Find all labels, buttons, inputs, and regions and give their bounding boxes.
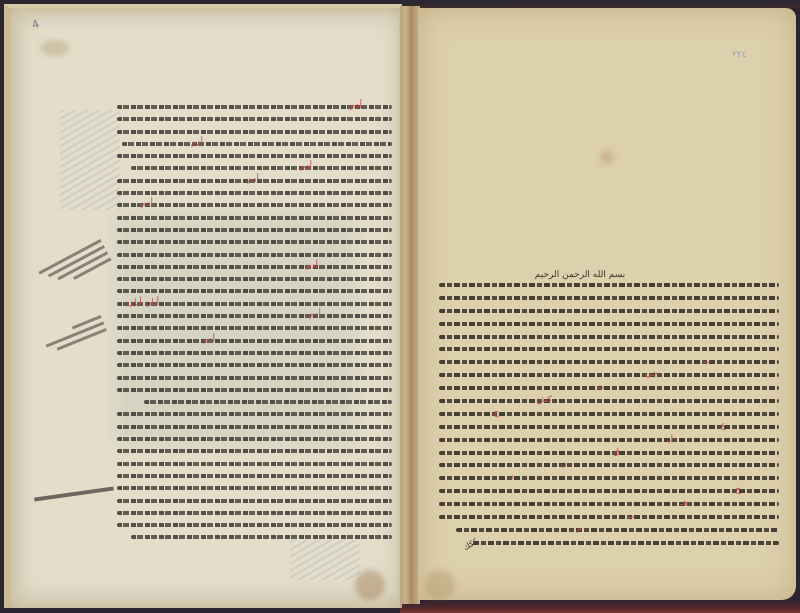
ink-line [439, 515, 779, 519]
ink-line [117, 486, 392, 490]
faded-pencil-note [290, 540, 360, 580]
ink-line [117, 228, 392, 232]
manuscript-line: ت [437, 379, 779, 392]
manuscript-line: ب [437, 353, 779, 366]
manuscript-line: ن [437, 456, 779, 469]
ink-line [117, 474, 392, 478]
manuscript-line [112, 356, 392, 368]
ink-line [117, 117, 392, 121]
manuscript-line [112, 369, 392, 381]
manuscript-line [112, 393, 392, 405]
ink-line [117, 289, 392, 293]
red-rubric: خ [735, 485, 741, 495]
red-rubric: ج [493, 408, 499, 418]
ink-line [122, 142, 392, 146]
manuscript-line [437, 340, 779, 353]
manuscript-line [112, 123, 392, 135]
manuscript-line [112, 147, 392, 159]
manuscript-line [112, 516, 392, 528]
faded-pencil-note [60, 110, 120, 210]
manuscript-line [112, 418, 392, 430]
ink-line [117, 326, 392, 330]
manuscript-line: أدم [112, 258, 392, 270]
red-rubric: ع [721, 421, 726, 431]
ink-line [117, 339, 392, 343]
manuscript-line: ع [437, 418, 779, 431]
red-rubric: ب [703, 356, 711, 366]
book-gutter [400, 6, 420, 604]
ink-line [439, 335, 779, 339]
ink-line [456, 528, 779, 532]
manuscript-line [112, 442, 392, 454]
ink-line [439, 309, 779, 313]
ink-line [439, 347, 779, 351]
ink-line [439, 399, 779, 403]
ink-line [117, 265, 392, 269]
ink-line [117, 191, 392, 195]
red-rubric: م [576, 524, 582, 534]
paper-stain [40, 40, 70, 56]
ink-line [117, 363, 392, 367]
manuscript-line [437, 276, 779, 289]
manuscript-line [112, 209, 392, 221]
binding-top-edge [400, 0, 800, 8]
ink-line [117, 130, 392, 134]
manuscript-line [112, 455, 392, 467]
ink-line [439, 283, 779, 287]
manuscript-line [112, 405, 392, 417]
ink-line [439, 489, 779, 493]
ink-line [117, 253, 392, 257]
ink-line [439, 360, 779, 364]
manuscript-line: أبان أبان [112, 295, 392, 307]
manuscript-line [437, 289, 779, 302]
manuscript-line: م [437, 521, 779, 534]
manuscript-line [112, 467, 392, 479]
ink-line [117, 314, 392, 318]
red-rubric: ت [597, 382, 605, 392]
manuscript-line [112, 319, 392, 331]
manuscript-line [437, 302, 779, 315]
manuscript-spread: 4 ٢٢٤ بسم الله الرحمن الرحيم أدمأدمأدمأد… [0, 0, 800, 613]
ink-line [473, 541, 779, 545]
ink-line [439, 502, 779, 506]
manuscript-line [112, 381, 392, 393]
pencil-catalog-mark: ٢٢٤ [732, 50, 747, 60]
ink-line [439, 476, 779, 480]
ink-line [439, 463, 779, 467]
ink-line [117, 154, 392, 158]
red-rubric: هـ [681, 498, 688, 508]
ink-line [439, 322, 779, 326]
ink-line [117, 437, 392, 441]
ink-line [117, 523, 392, 527]
manuscript-line: أدم [112, 332, 392, 344]
manuscript-line: ج [437, 405, 779, 418]
ink-line [439, 451, 779, 455]
manuscript-line [112, 528, 392, 540]
paper-stain [600, 150, 614, 164]
ink-line [117, 240, 392, 244]
manuscript-line: هـ [437, 495, 779, 508]
manuscript-line [437, 315, 779, 328]
manuscript-line: أدم [112, 196, 392, 208]
manuscript-line: د [437, 469, 779, 482]
manuscript-line: خ [437, 482, 779, 495]
manuscript-line: ب [437, 508, 779, 521]
red-rubric: د [510, 472, 514, 482]
manuscript-line [112, 504, 392, 516]
manuscript-line [112, 246, 392, 258]
ink-line [117, 388, 392, 392]
manuscript-line: أدم [112, 172, 392, 184]
red-rubric: ل [666, 434, 673, 444]
red-rubric: جي [645, 369, 658, 379]
manuscript-line [112, 479, 392, 491]
ink-line [439, 425, 779, 429]
manuscript-line: أدم [112, 159, 392, 171]
ink-line [117, 449, 392, 453]
manuscript-line [112, 184, 392, 196]
right-folio-text-block: بجيتكشجعلقندخهـبم [437, 276, 779, 547]
manuscript-line [112, 282, 392, 294]
red-rubric: كش [536, 395, 552, 405]
ink-line [439, 386, 779, 390]
ink-line [117, 499, 392, 503]
manuscript-line [437, 534, 779, 547]
manuscript-line [112, 221, 392, 233]
manuscript-line: ق [437, 444, 779, 457]
manuscript-line [112, 430, 392, 442]
ink-line [117, 412, 392, 416]
ink-line [117, 511, 392, 515]
manuscript-line [112, 110, 392, 122]
paper-stain [425, 570, 455, 600]
manuscript-line: جي [437, 366, 779, 379]
ink-line [144, 400, 392, 404]
ink-line [117, 425, 392, 429]
ink-line [117, 277, 392, 281]
manuscript-line [112, 344, 392, 356]
manuscript-line: أدم [112, 98, 392, 110]
red-rubric: ب [627, 511, 635, 521]
manuscript-line: كش [437, 392, 779, 405]
left-folio-text-block: أدمأدمأدمأدمأدمأدمأبان أبانأدمأدم [112, 98, 392, 541]
binding-bottom-edge [400, 600, 800, 613]
manuscript-line: أدم [112, 135, 392, 147]
ink-line [439, 373, 779, 377]
ink-line [117, 462, 392, 466]
ink-line [131, 535, 392, 539]
ink-line [117, 216, 392, 220]
ink-line [117, 351, 392, 355]
manuscript-line: أدم [112, 307, 392, 319]
ink-line [117, 376, 392, 380]
red-rubric: ن [560, 459, 567, 469]
manuscript-line: ل [437, 431, 779, 444]
red-rubric: ق [613, 447, 620, 457]
manuscript-line [112, 492, 392, 504]
manuscript-line [112, 270, 392, 282]
ink-line [131, 166, 392, 170]
ink-line [439, 296, 779, 300]
ink-line [439, 412, 779, 416]
manuscript-line [437, 328, 779, 341]
ink-line [117, 203, 392, 207]
ink-line [439, 438, 779, 442]
manuscript-line [112, 233, 392, 245]
